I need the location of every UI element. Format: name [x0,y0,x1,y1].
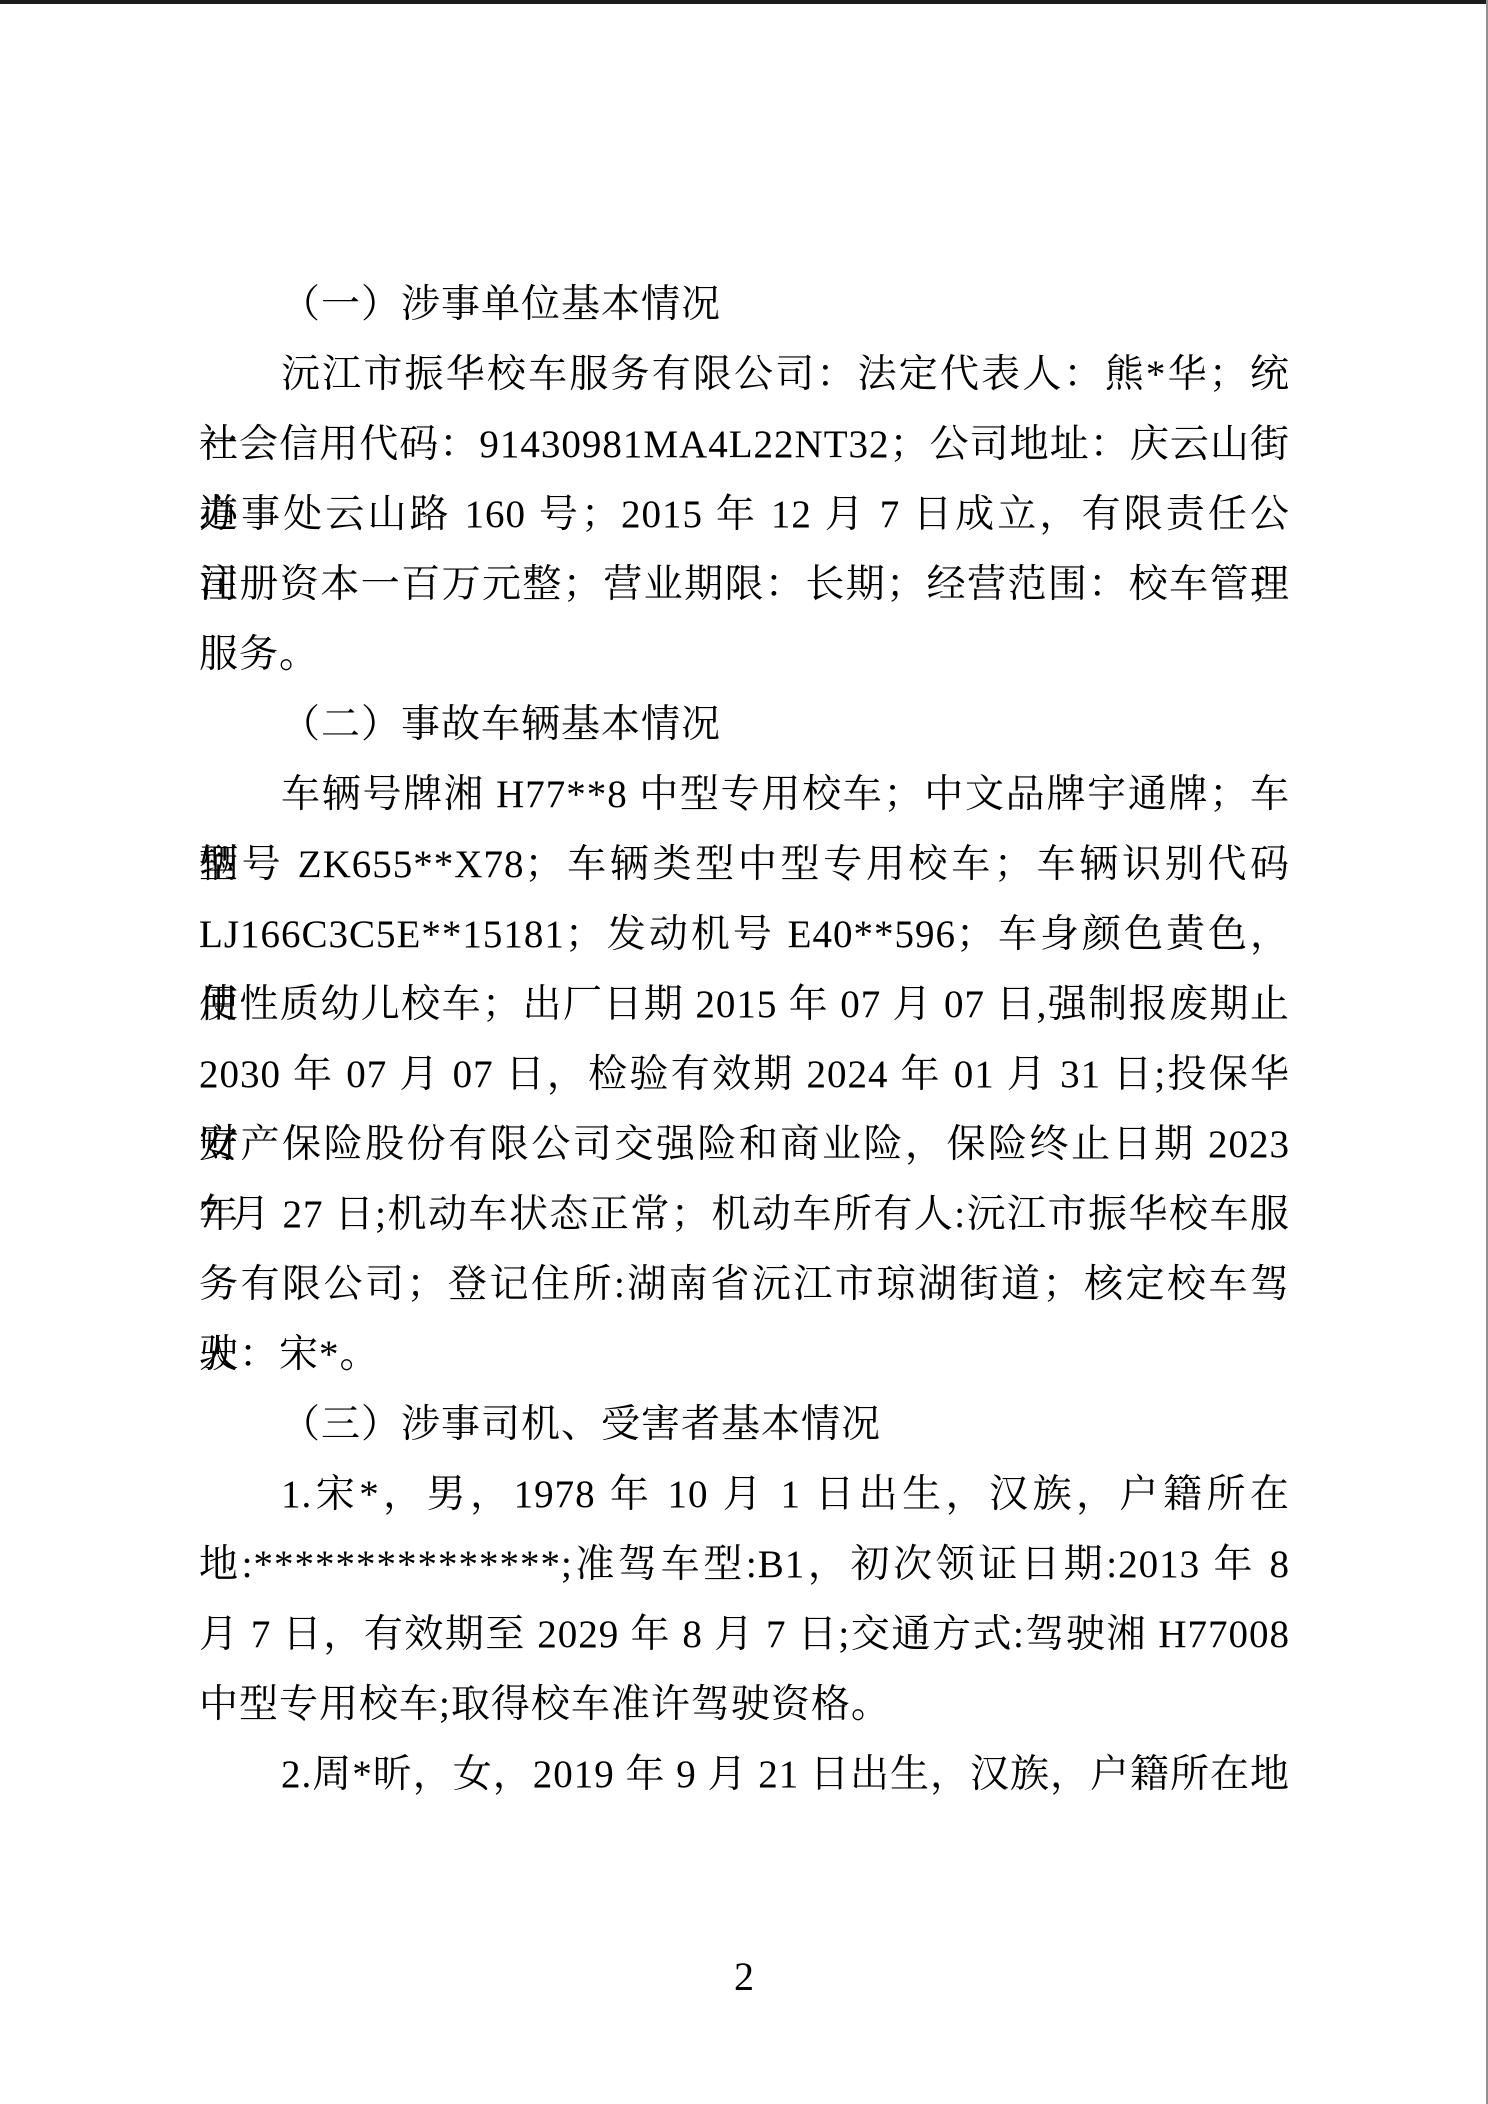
section-heading: （二）事故车辆基本情况 [199,690,1290,760]
body-line: 车辆号牌湘 H77**8 中型专用校车；中文品牌宇通牌；车辆 [199,760,1290,830]
body-line: 人：宋*。 [199,1320,1290,1390]
document-page: （一）涉事单位基本情况沅江市振华校车服务有限公司：法定代表人：熊*华；统一社会信… [0,0,1488,2104]
body-line: 2030 年 07 月 07 日，检验有效期 2024 年 01 月 31 日;… [199,1040,1290,1110]
body-line: 办事处云山路 160 号；2015 年 12 月 7 日成立，有限责任公司； [199,480,1290,550]
body-line: 2.周*昕，女，2019 年 9 月 21 日出生，汉族，户籍所在地 [199,1740,1290,1810]
body-line: 中型专用校车;取得校车准许驾驶资格。 [199,1670,1290,1740]
document-body: （一）涉事单位基本情况沅江市振华校车服务有限公司：法定代表人：熊*华；统一社会信… [199,270,1290,1810]
body-line: 月 7 日，有效期至 2029 年 8 月 7 日;交通方式:驾驶湘 H7700… [199,1600,1290,1670]
section-heading: （三）涉事司机、受害者基本情况 [199,1390,1290,1460]
body-line: 社会信用代码：91430981MA4L22NT32；公司地址：庆云山街道 [199,410,1290,480]
body-line: 型号 ZK655**X78；车辆类型中型专用校车；车辆识别代码 [199,830,1290,900]
body-line: 1.宋*，男，1978 年 10 月 1 日出生，汉族，户籍所在 [199,1460,1290,1530]
body-line: 务有限公司；登记住所:湖南省沅江市琼湖街道；核定校车驾驶 [199,1250,1290,1320]
body-line: 用性质幼儿校车；出厂日期 2015 年 07 月 07 日,强制报废期止 [199,970,1290,1040]
body-line: 地:***************;准驾车型:B1，初次领证日期:2013 年 … [199,1530,1290,1600]
scan-edge-top [0,0,1488,4]
body-line: 7 月 27 日;机动车状态正常；机动车所有人:沅江市振华校车服 [199,1180,1290,1250]
body-line: 注册资本一百万元整；营业期限：长期；经营范围：校车管理 [199,550,1290,620]
body-line: 沅江市振华校车服务有限公司：法定代表人：熊*华；统一 [199,340,1290,410]
body-line: 服务。 [199,620,1290,690]
page-number: 2 [0,1942,1488,2012]
section-heading: （一）涉事单位基本情况 [199,270,1290,340]
body-line: LJ166C3C5E**15181；发动机号 E40**596；车身颜色黄色，使 [199,900,1290,970]
body-line: 财产保险股份有限公司交强险和商业险，保险终止日期 2023 年 [199,1110,1290,1180]
